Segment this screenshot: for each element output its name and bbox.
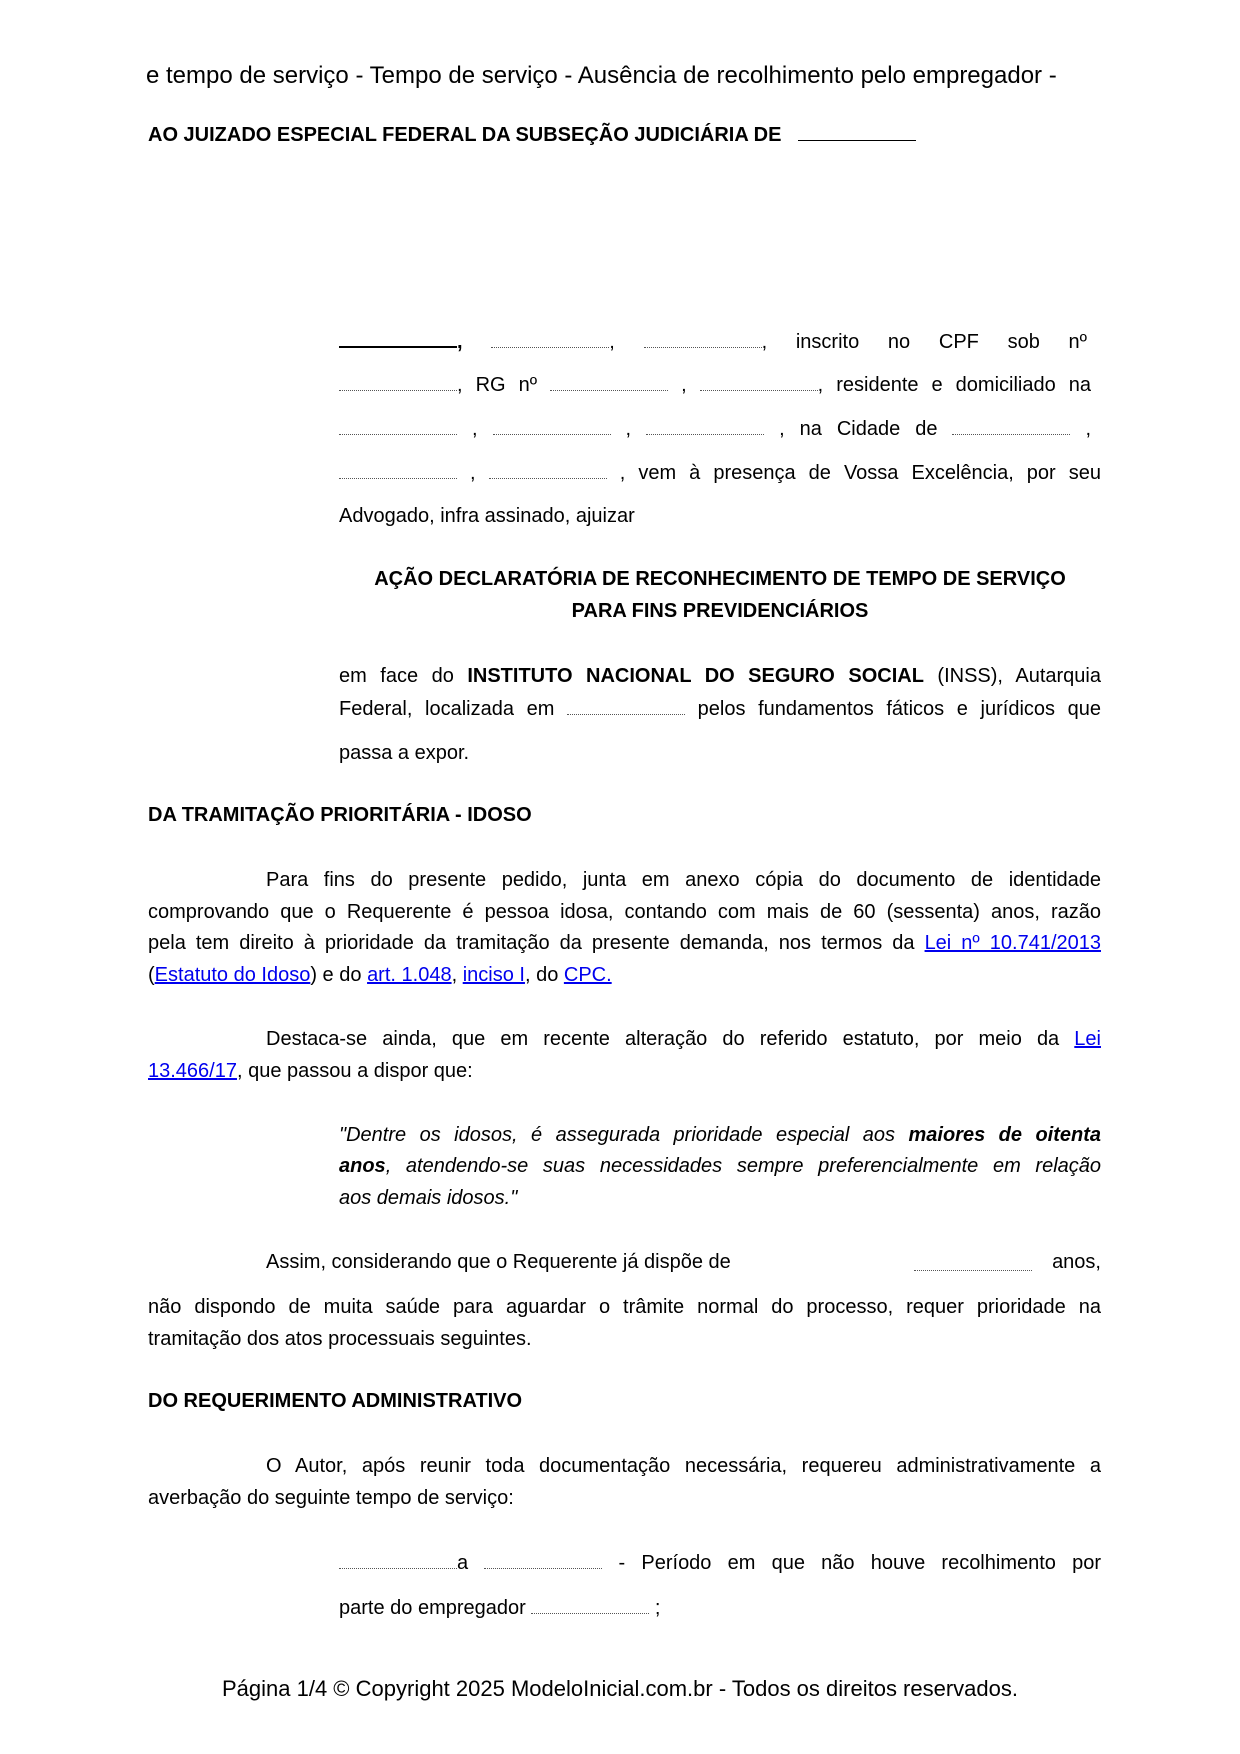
- period-start-blank[interactable]: [339, 1550, 457, 1569]
- priority-p1-line-3: pela tem direito à prioridade da tramita…: [148, 931, 1101, 955]
- court-header: AO JUIZADO ESPECIAL FEDERAL DA SUBSEÇÃO …: [148, 122, 916, 147]
- priority-p1-line-1: Para fins do presente pedido, junta em a…: [266, 868, 1101, 892]
- marital-blank[interactable]: [644, 329, 762, 348]
- cpf-blank[interactable]: [339, 372, 457, 391]
- court-blank[interactable]: [798, 122, 916, 141]
- running-header: e tempo de serviço - Tempo de serviço - …: [146, 62, 1101, 90]
- city-blank[interactable]: [952, 416, 1070, 435]
- qualification-line-3: , , , na Cidade de ,: [339, 416, 1091, 441]
- name-blank[interactable]: [339, 328, 457, 348]
- priority-p2-line-1: Destaca-se ainda, que em recente alteraç…: [266, 1027, 1101, 1051]
- link-art-1048[interactable]: art. 1.048: [367, 964, 452, 986]
- district-blank[interactable]: [646, 416, 764, 435]
- qualification-line-2: , RG nº , , residente e domiciliado na: [339, 372, 1091, 397]
- court-header-text: AO JUIZADO ESPECIAL FEDERAL DA SUBSEÇÃO …: [148, 124, 781, 146]
- quote-line-1: "Dentre os idosos, é assegurada priorida…: [339, 1123, 1101, 1147]
- priority-p1-line-4: (Estatuto do Idoso) e do art. 1.048, inc…: [148, 963, 612, 987]
- defendant-line-2: Federal, localizada em pelos fundamentos…: [339, 696, 1101, 721]
- zip-blank[interactable]: [489, 460, 607, 479]
- period-line-1: a - Período em que não houve recolhiment…: [339, 1550, 1101, 1575]
- street-blank[interactable]: [339, 416, 457, 435]
- priority-p3-line-3: tramitação dos atos processuais seguinte…: [148, 1327, 532, 1351]
- priority-p1-line-2: comprovando que o Requerente é pessoa id…: [148, 900, 1101, 924]
- rg-blank[interactable]: [550, 372, 668, 391]
- action-title-line-1: AÇÃO DECLARATÓRIA DE RECONHECIMENTO DE T…: [339, 568, 1101, 591]
- link-lei-10741[interactable]: Lei nº 10.741/2013: [925, 932, 1101, 954]
- link-lei-13466-b[interactable]: 13.466/17: [148, 1060, 237, 1082]
- priority-p3-line-2: não dispondo de muita saúde para aguarda…: [148, 1295, 1101, 1319]
- nationality-blank[interactable]: [491, 329, 609, 348]
- quote-line-3: aos demais idosos.": [339, 1186, 517, 1210]
- period-end-blank[interactable]: [484, 1550, 602, 1569]
- issuer-blank[interactable]: [700, 372, 818, 391]
- admin-p1-line-1: O Autor, após reunir toda documentação n…: [266, 1454, 1101, 1478]
- period-line-2: parte do empregador ;: [339, 1595, 660, 1620]
- defendant-line-3: passa a expor.: [339, 741, 469, 765]
- qualification-line-5: Advogado, infra assinado, ajuizar: [339, 504, 635, 528]
- priority-p2-line-2: 13.466/17, que passou a dispor que:: [148, 1059, 473, 1083]
- priority-p3-line-1: Assim, considerando que o Requerente já …: [266, 1250, 1101, 1274]
- qualification-line-4: , , vem à presença de Vossa Excelência, …: [339, 460, 1101, 485]
- link-inciso-i[interactable]: inciso I: [463, 964, 525, 986]
- link-cpc[interactable]: CPC.: [564, 964, 612, 986]
- action-title-line-2: PARA FINS PREVIDENCIÁRIOS: [339, 600, 1101, 623]
- age-blank[interactable]: [914, 1252, 1032, 1271]
- link-estatuto-idoso[interactable]: Estatuto do Idoso: [155, 964, 311, 986]
- admin-p1-line-2: averbação do seguinte tempo de serviço:: [148, 1486, 514, 1510]
- section-heading-admin: DO REQUERIMENTO ADMINISTRATIVO: [148, 1390, 522, 1413]
- employer-blank[interactable]: [531, 1595, 649, 1614]
- section-heading-priority: DA TRAMITAÇÃO PRIORITÁRIA - IDOSO: [148, 804, 532, 827]
- location-blank[interactable]: [567, 696, 685, 715]
- defendant-line-1: em face do INSTITUTO NACIONAL DO SEGURO …: [339, 664, 1101, 688]
- state-blank[interactable]: [339, 460, 457, 479]
- qualification-line-1: , , , inscrito no CPF sob nº: [339, 328, 1087, 354]
- link-lei-13466-a[interactable]: Lei: [1074, 1028, 1101, 1050]
- page-footer: Página 1/4 © Copyright 2025 ModeloInicia…: [0, 1676, 1240, 1702]
- quote-line-2: anos, atendendo-se suas necessidades sem…: [339, 1154, 1101, 1178]
- number-blank[interactable]: [493, 416, 611, 435]
